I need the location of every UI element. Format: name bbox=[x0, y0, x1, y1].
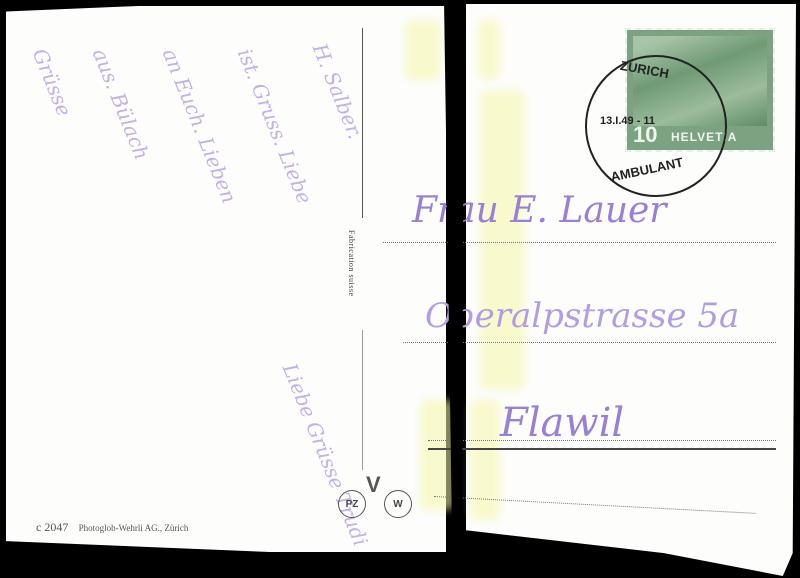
yellow-stain bbox=[480, 90, 525, 390]
w-logo-icon: W bbox=[384, 490, 412, 518]
address-street: Oberalpstrasse 5a bbox=[425, 296, 739, 336]
fabrication-label: Fabrication suisse bbox=[347, 230, 356, 297]
yellow-stain bbox=[405, 20, 441, 80]
postmark-date: 13.I.49 - 11 bbox=[600, 115, 655, 127]
yellow-stain bbox=[470, 400, 500, 520]
v-logo-icon: V bbox=[366, 472, 381, 498]
publisher-logos: PZ V W bbox=[338, 472, 418, 522]
center-divider bbox=[362, 330, 363, 470]
catalog-number: c 2047 bbox=[36, 520, 68, 534]
publisher-name: Photoglob-Wehrli AG., Zürich bbox=[79, 523, 189, 533]
postcard-message-side bbox=[6, 6, 446, 552]
address-underline bbox=[428, 448, 776, 450]
address-city: Flawil bbox=[500, 400, 624, 446]
pz-logo-icon: PZ bbox=[338, 490, 366, 518]
publisher-imprint: c 2047 Photoglob-Wehrli AG., Zürich bbox=[36, 520, 188, 535]
yellow-stain bbox=[478, 20, 500, 80]
address-line-1 bbox=[383, 242, 776, 243]
